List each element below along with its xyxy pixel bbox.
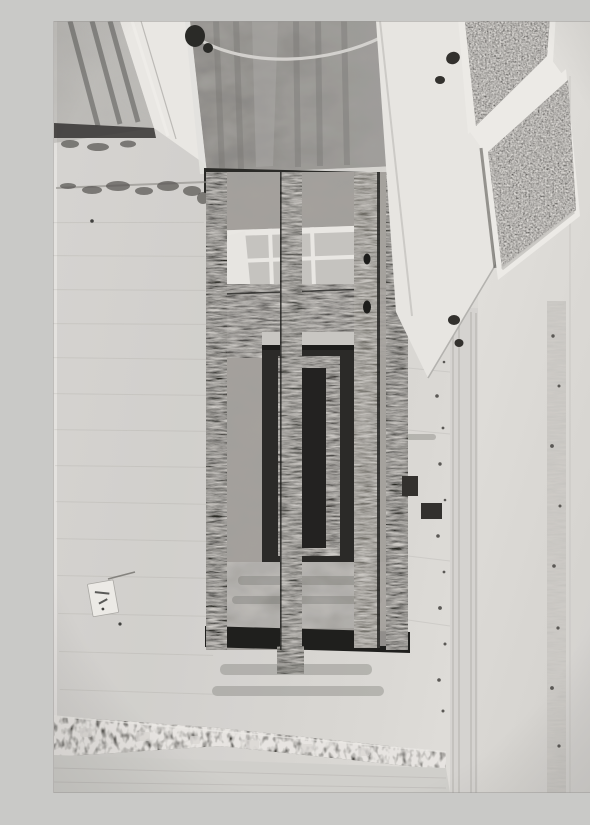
photograph: Black-and-white photograph of a fire-dam…: [40, 16, 590, 809]
photo-canvas: [40, 16, 590, 809]
vignette: [53, 21, 590, 793]
